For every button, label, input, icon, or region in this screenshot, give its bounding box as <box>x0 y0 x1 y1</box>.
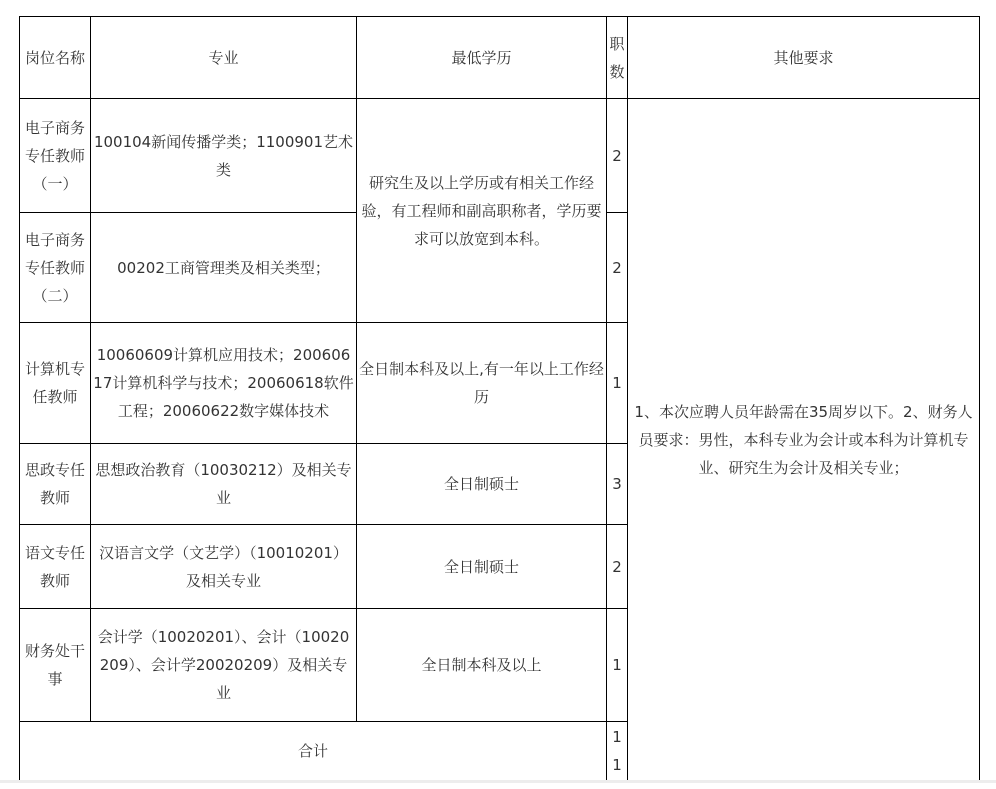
cell-position: 思政专任教师 <box>20 444 91 525</box>
cell-min-education-merged: 研究生及以上学历或有相关工作经验，有工程师和副高职称者，学历要求可以放宽到本科。 <box>357 99 607 323</box>
cell-position: 计算机专任教师 <box>20 323 91 444</box>
cell-headcount: 1 <box>607 609 628 722</box>
cell-position: 电子商务专任教师（二） <box>20 213 91 323</box>
page: 岗位名称 专业 最低学历 职数 其他要求 电子商务专任教师（一） 100104新… <box>0 0 996 789</box>
cell-headcount: 2 <box>607 213 628 323</box>
table-row: 电子商务专任教师（一） 100104新闻传播学类；1100901艺术类 研究生及… <box>20 99 980 213</box>
cell-major: 10060609计算机应用技术；20060617计算机科学与技术；2006061… <box>91 323 357 444</box>
header-position: 岗位名称 <box>20 17 91 99</box>
cell-position: 财务处干事 <box>20 609 91 722</box>
header-major: 专业 <box>91 17 357 99</box>
cell-position: 语文专任教师 <box>20 525 91 609</box>
header-headcount: 职数 <box>607 17 628 99</box>
cell-headcount: 2 <box>607 99 628 213</box>
header-min-education: 最低学历 <box>357 17 607 99</box>
cell-min-education: 全日制硕士 <box>357 444 607 525</box>
cell-other-requirements-merged: 1、本次应聘人员年龄需在35周岁以下。2、财务人员要求：男性，本科专业为会计或本… <box>628 99 980 781</box>
cell-major: 00202工商管理类及相关类型； <box>91 213 357 323</box>
recruitment-table: 岗位名称 专业 最低学历 职数 其他要求 电子商务专任教师（一） 100104新… <box>19 16 980 781</box>
cell-major: 思想政治教育（10030212）及相关专业 <box>91 444 357 525</box>
cell-total-label: 合计 <box>20 722 607 781</box>
cell-headcount: 1 <box>607 323 628 444</box>
cell-min-education: 全日制本科及以上,有一年以上工作经历 <box>357 323 607 444</box>
header-other-requirements: 其他要求 <box>628 17 980 99</box>
cell-major: 汉语言文学（文艺学）（10010201）及相关专业 <box>91 525 357 609</box>
cell-major: 100104新闻传播学类；1100901艺术类 <box>91 99 357 213</box>
bottom-divider <box>0 780 996 783</box>
cell-headcount: 3 <box>607 444 628 525</box>
cell-major: 会计学（10020201）、会计（10020209）、会计学20020209）及… <box>91 609 357 722</box>
cell-position: 电子商务专任教师（一） <box>20 99 91 213</box>
cell-min-education: 全日制硕士 <box>357 525 607 609</box>
table-header-row: 岗位名称 专业 最低学历 职数 其他要求 <box>20 17 980 99</box>
cell-headcount: 2 <box>607 525 628 609</box>
cell-total-headcount: 11 <box>607 722 628 781</box>
cell-min-education: 全日制本科及以上 <box>357 609 607 722</box>
